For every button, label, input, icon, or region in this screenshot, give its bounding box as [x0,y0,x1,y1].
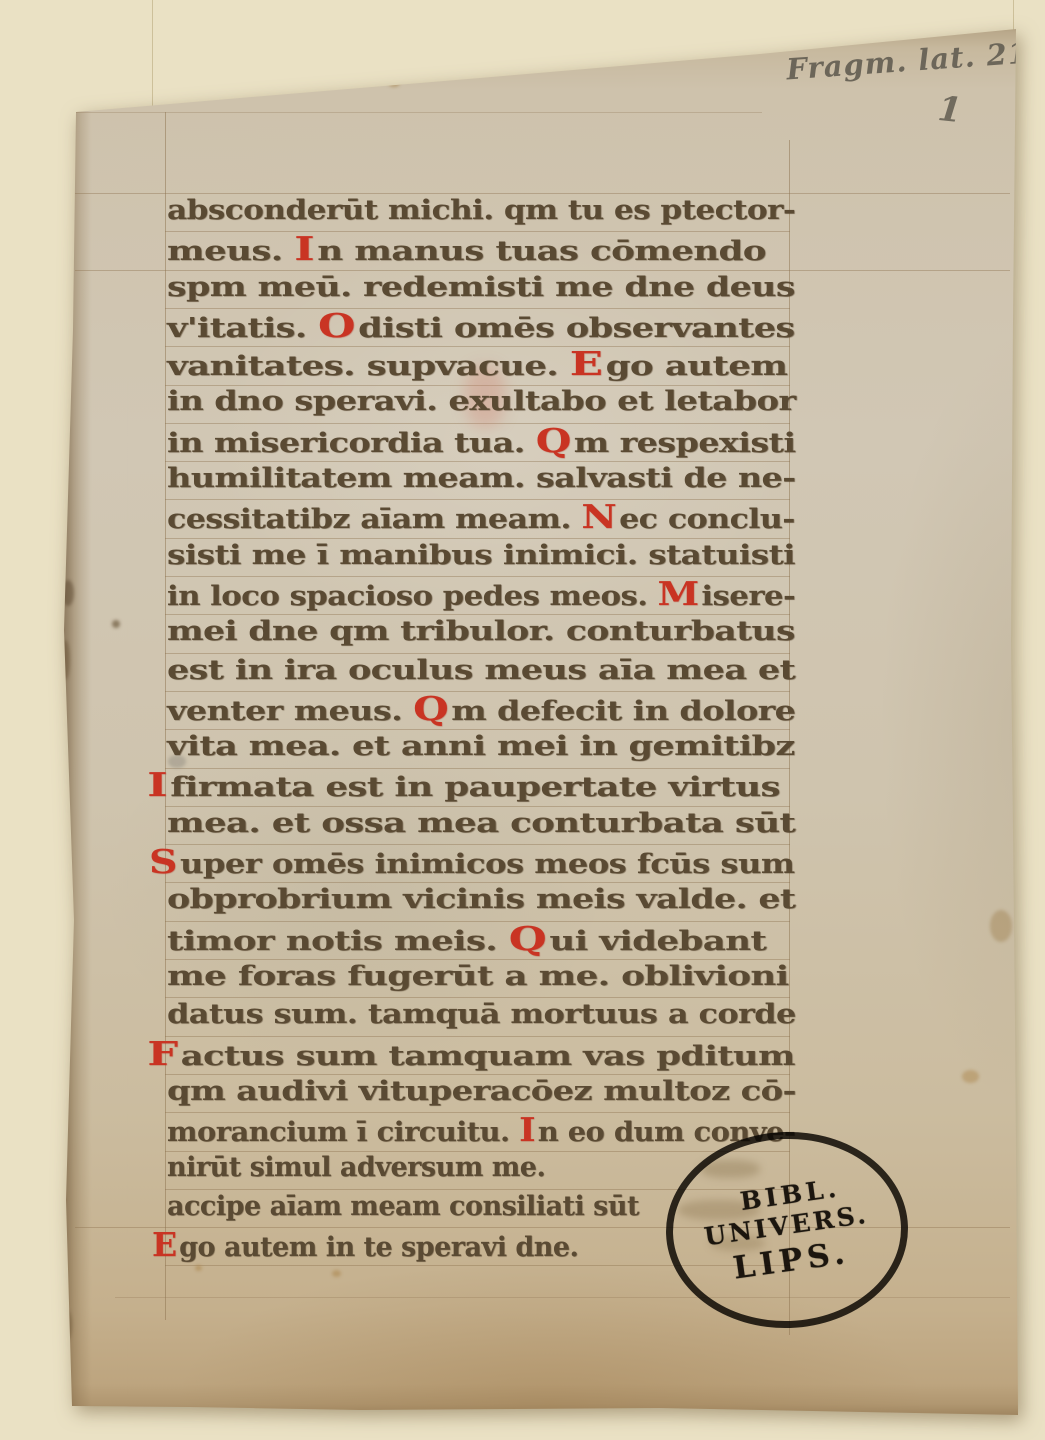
binding-edge [60,20,90,1420]
stain [64,180,72,198]
manuscript-line: me foras fugerūt a me. oblivioni [167,958,797,996]
manuscript-line: in dno speravi. exultabo et letabor [167,383,797,421]
ink-text: in dno speravi. exultabo et letabor [167,386,796,417]
rubric-initial: E [152,1225,179,1264]
manuscript-line: vanitates. supvacue. Ego autem [167,345,797,383]
manuscript-line-text: accipe aīam meam consiliati sūt [167,1188,639,1226]
manuscript-line-text: timor notis meis. Qui videbant [167,920,766,961]
ink-text: in misericordia tua. [167,428,536,459]
manuscript-line-text: Super omēs inimicos meos fcūs sum [167,843,794,884]
stain [388,78,400,87]
manuscript-line-text: mei dne qm tribulor. conturbatus [167,613,795,651]
ink-text: venter meus. [167,696,413,727]
manuscript-line: mei dne qm tribulor. conturbatus [167,613,797,651]
ink-text: mei dne qm tribulor. conturbatus [167,616,795,647]
manuscript-line-text: in misericordia tua. Qm respexisti [167,422,795,463]
manuscript-line-text: spm meū. redemisti me dne deus [167,269,795,307]
ink-text: isere- [701,581,795,612]
manuscript-line: absconderūt michi. qm tu es ptector- [167,192,797,230]
manuscript-line: mea. et ossa mea conturbata sūt [167,805,797,843]
ink-text: nirūt simul adversum me. [167,1152,545,1183]
ink-text: actus sum tamquam vas pditum [181,1041,795,1072]
manuscript-line: humilitatem meam. salvasti de ne- [167,460,797,498]
ink-text: in loco spacioso pedes meos. [167,581,658,612]
manuscript-line: spm meū. redemisti me dne deus [167,269,797,307]
ink-text: qm audivi vituperacōez multoz cō- [167,1076,796,1107]
parchment-leaf: absconderūt michi. qm tu es ptector-meus… [60,20,1040,1420]
library-stamp: BIBL. UNIVERS. LIPS. [663,1128,912,1332]
manuscript-line-text: in loco spacioso pedes meos. Misere- [167,575,795,616]
rubric-initial: F [147,1034,180,1073]
manuscript-line-text: meus. In manus tuas cōmendo [167,230,766,271]
ink-text: sisti me ī manibus inimici. statuisti [167,540,795,571]
stain [332,1270,341,1277]
rubric-initial: M [658,574,702,613]
manuscript-line-text: absconderūt michi. qm tu es ptector- [167,192,795,230]
rubric-initial: Q [536,421,574,460]
text-block: absconderūt michi. qm tu es ptector-meus… [167,192,797,1264]
manuscript-line: est in ira oculus meus aīa mea et [167,652,797,690]
manuscript-line-text: Ego autem in te speravi dne. [167,1226,578,1267]
manuscript-line: vita mea. et anni mei in gemitibz [167,728,797,766]
manuscript-line: v'itatis. Odisti omēs observantes [167,307,797,345]
ink-text: disti omēs observantes [358,313,794,344]
parchment-leaf-wrapper: absconderūt michi. qm tu es ptector-meus… [60,20,1040,1420]
rubric-initial: Q [413,689,451,728]
manuscript-line: obprobrium vicinis meis valde. et [167,881,797,919]
manuscript-line: meus. In manus tuas cōmendo [167,230,797,268]
ink-text: m defecit in dolore [451,696,795,727]
ink-text: cessitatibz aīam meam. [167,504,581,535]
ink-text: m respexisti [574,428,796,459]
ink-text: n manus tuas cōmendo [317,236,766,267]
ink-text: humilitatem meam. salvasti de ne- [167,463,795,494]
manuscript-line: sisti me ī manibus inimici. statuisti [167,537,797,575]
manuscript-line-text: vita mea. et anni mei in gemitibz [167,728,795,766]
ink-text: accipe aīam meam consiliati sūt [167,1191,639,1222]
rubric-initial: I [519,1110,538,1149]
manuscript-line-text: obprobrium vicinis meis valde. et [167,881,795,919]
manuscript-line: timor notis meis. Qui videbant [167,920,797,958]
ink-text: datus sum. tamquā mortuus a corde [167,999,796,1030]
rubric-initial: I [147,765,170,804]
manuscript-line-text: datus sum. tamquā mortuus a corde [167,996,796,1034]
stain [990,910,1012,942]
manuscript-line: venter meus. Qm defecit in dolore [167,690,797,728]
ink-text: morancium ī circuitu. [167,1117,519,1148]
vertical-ruling-line [165,112,166,1320]
ink-text: v'itatis. [167,313,318,344]
manuscript-line: in loco spacioso pedes meos. Misere- [167,575,797,613]
ink-text: firmata est in paupertate virtus [170,772,780,803]
rubric-initial: S [149,842,180,881]
ink-text: vanitates. supvacue. [167,351,570,382]
ink-text: ui videbant [549,926,766,957]
manuscript-line-text: est in ira oculus meus aīa mea et [167,652,795,690]
ink-text: meus. [167,236,294,267]
stain [112,620,120,628]
manuscript-line: Super omēs inimicos meos fcūs sum [167,843,797,881]
manuscript-line: cessitatibz aīam meam. Nec conclu- [167,498,797,536]
ink-text: timor notis meis. [167,926,509,957]
ink-text: est in ira oculus meus aīa mea et [167,655,795,686]
ink-text: ec conclu- [619,504,795,535]
manuscript-line-text: cessitatibz aīam meam. Nec conclu- [167,498,795,539]
manuscript-line-text: qm audivi vituperacōez multoz cō- [167,1073,796,1111]
manuscript-line-text: Ifirmata est in paupertate virtus [167,766,780,807]
rubric-initial: Q [509,919,550,958]
manuscript-line-text: sisti me ī manibus inimici. statuisti [167,537,795,575]
manuscript-line: Factus sum tamquam vas pditum [167,1035,797,1073]
ink-text: go autem [606,351,788,382]
manuscript-line-text: venter meus. Qm defecit in dolore [167,690,795,731]
manuscript-line-text: nirūt simul adversum me. [167,1149,545,1187]
rubric-initial: O [318,306,358,345]
manuscript-line: morancium ī circuitu. In eo dum conve- [167,1111,797,1149]
ink-text: spm meū. redemisti me dne deus [167,272,795,303]
ink-text: vita mea. et anni mei in gemitibz [167,731,795,762]
manuscript-line-text: humilitatem meam. salvasti de ne- [167,460,795,498]
rubric-initial: I [294,229,317,268]
rubric-initial: N [581,497,619,536]
ink-text: mea. et ossa mea conturbata sūt [167,808,795,839]
manuscript-line-text: v'itatis. Odisti omēs observantes [167,307,795,348]
stain [962,1070,979,1083]
manuscript-line: in misericordia tua. Qm respexisti [167,422,797,460]
ink-text: uper omēs inimicos meos fcūs sum [180,849,794,880]
horizontal-ruling-line [72,112,762,113]
manuscript-line-text: morancium ī circuitu. In eo dum conve- [167,1111,795,1152]
manuscript-line-text: vanitates. supvacue. Ego autem [167,345,787,386]
ink-text: go autem in te speravi dne. [179,1232,578,1263]
manuscript-line: datus sum. tamquā mortuus a corde [167,996,797,1034]
manuscript-scan: absconderūt michi. qm tu es ptector-meus… [0,0,1045,1440]
manuscript-line-text: me foras fugerūt a me. oblivioni [167,958,788,996]
ink-text: absconderūt michi. qm tu es ptector- [167,195,795,226]
folio-number-annotation: 1 [936,89,964,131]
shelfmark-annotation: Fragm. lat. 21a [785,32,1045,87]
rubric-initial: E [570,344,606,383]
manuscript-line: Ifirmata est in paupertate virtus [167,766,797,804]
stamp-text: BIBL. UNIVERS. LIPS. [661,1124,912,1336]
manuscript-line-text: Factus sum tamquam vas pditum [167,1035,795,1076]
ink-text: me foras fugerūt a me. oblivioni [167,961,788,992]
manuscript-line: qm audivi vituperacōez multoz cō- [167,1073,797,1111]
manuscript-line-text: in dno speravi. exultabo et letabor [167,383,796,421]
manuscript-line-text: mea. et ossa mea conturbata sūt [167,805,795,843]
ink-text: obprobrium vicinis meis valde. et [167,884,795,915]
